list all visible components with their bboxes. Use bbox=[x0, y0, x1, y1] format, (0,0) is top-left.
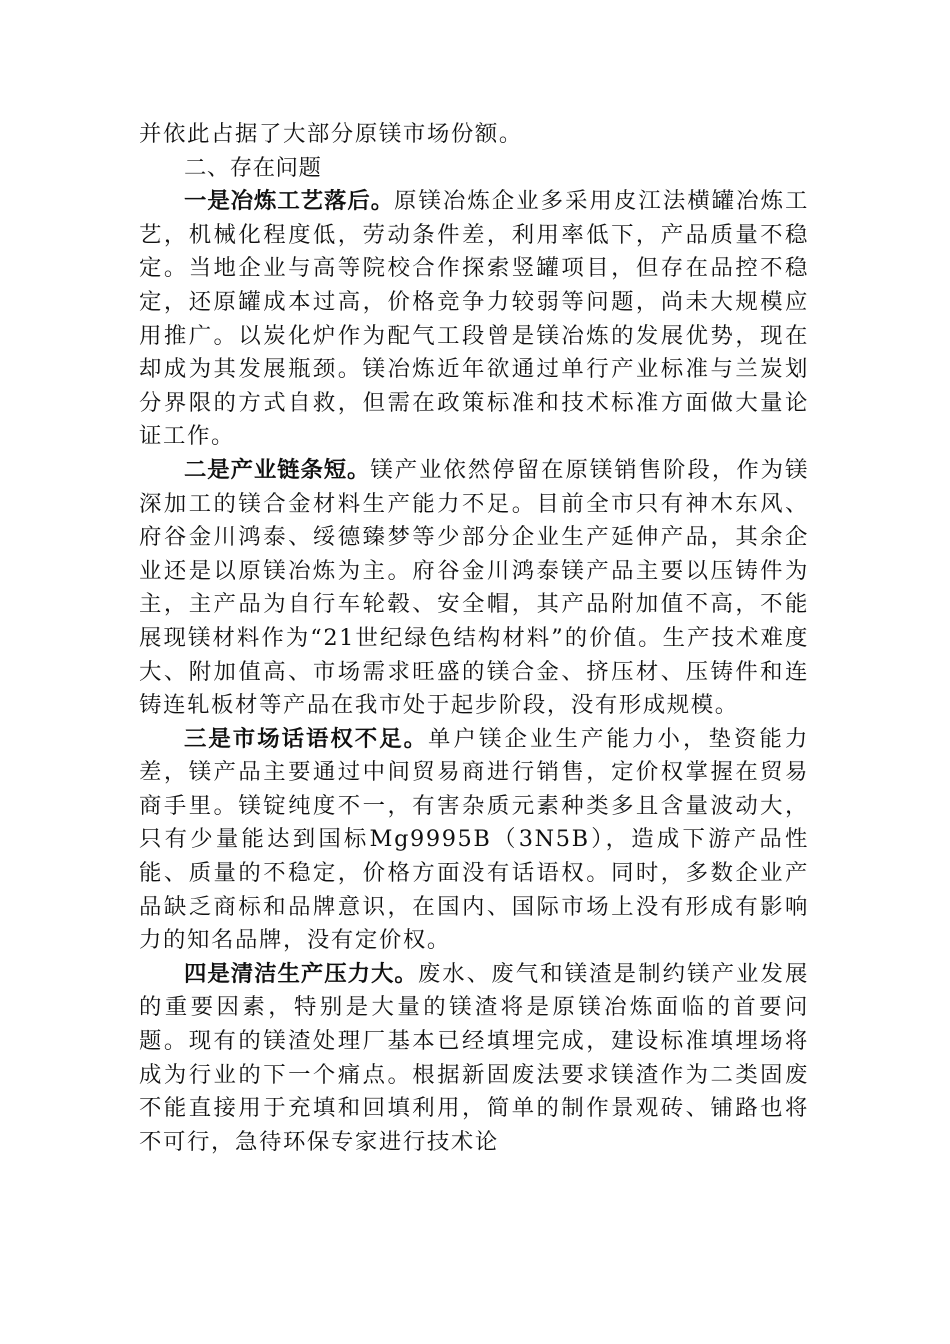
paragraph-lead: 二是产业链条短。 bbox=[184, 457, 370, 483]
paragraph-body: 废水、废气和镁渣是制约镁产业发展的重要因素，特别是大量的镁渣将是原镁冶炼面临的首… bbox=[139, 961, 809, 1155]
paragraph-lead: 一是冶炼工艺落后。 bbox=[184, 188, 394, 214]
paragraph-body: 单户镁企业生产能力小，垫资能力差，镁产品主要通过中间贸易商进行销售，定价权掌握在… bbox=[139, 726, 809, 954]
paragraph-body: 原镁冶炼企业多采用皮江法横罐冶炼工艺，机械化程度低，劳动条件差，利用率低下，产品… bbox=[139, 188, 809, 449]
document-page: 并依此占据了大部分原镁市场份额。 二、存在问题 一是冶炼工艺落后。原镁冶炼企业多… bbox=[139, 118, 809, 1159]
paragraph-industry-chain: 二是产业链条短。镁产业依然停留在原镁销售阶段，作为镁深加工的镁合金材料生产能力不… bbox=[139, 454, 809, 723]
paragraph-clean-production: 四是清洁生产压力大。废水、废气和镁渣是制约镁产业发展的重要因素，特别是大量的镁渣… bbox=[139, 958, 809, 1160]
intro-fragment: 并依此占据了大部分原镁市场份额。 bbox=[139, 118, 809, 152]
paragraph-lead: 三是市场话语权不足。 bbox=[184, 726, 428, 752]
section-heading: 二、存在问题 bbox=[139, 152, 809, 186]
paragraph-market-voice: 三是市场话语权不足。单户镁企业生产能力小，垫资能力差，镁产品主要通过中间贸易商进… bbox=[139, 723, 809, 958]
paragraph-smelting: 一是冶炼工艺落后。原镁冶炼企业多采用皮江法横罐冶炼工艺，机械化程度低，劳动条件差… bbox=[139, 185, 809, 454]
paragraph-body: 镁产业依然停留在原镁销售阶段，作为镁深加工的镁合金材料生产能力不足。目前全市只有… bbox=[139, 457, 809, 718]
paragraph-lead: 四是清洁生产压力大。 bbox=[184, 961, 418, 987]
